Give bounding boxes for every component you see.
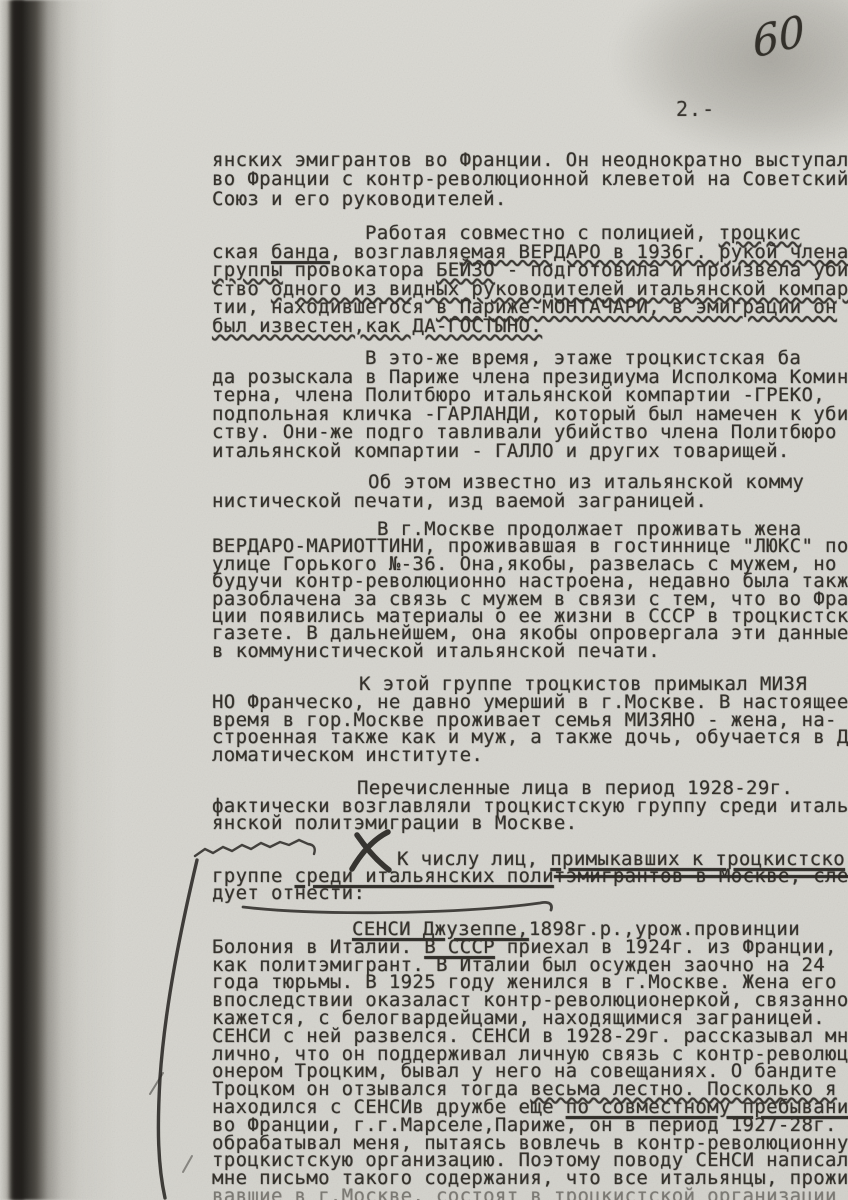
paragraph: К числу лиц, примыкавших к троцкистскогр…	[212, 851, 848, 902]
paragraph: янских эмигрантов во Франции. Он неоднок…	[212, 151, 848, 209]
text-line: в коммунистической итальянской печати.	[212, 643, 848, 660]
text-line: Союз и его руководителей.	[212, 190, 848, 209]
document-body-text: янских эмигрантов во Франции. Он неоднок…	[0, 0, 848, 1200]
text-line: вавшие в г.Москве, состоят в троцкистско…	[212, 1188, 848, 1200]
paragraph: В г.Москве продолжает проживать женаВЕРД…	[212, 521, 848, 660]
text-segment: в коммунистической итальянской печати.	[212, 640, 660, 662]
text-segment: нистической печати, изд ваемой загранице…	[212, 490, 707, 512]
text-segment: итальянской компартии - ГАЛЛО и других т…	[212, 440, 790, 462]
paragraph: СЕНСИ Джузеппе,1898г.р.,урож.провинцииБо…	[212, 921, 848, 1200]
text-segment: ломатическом институте.	[212, 744, 483, 766]
underlined-text-segment: был известен,как ДА-ГОСТЫНО.	[212, 315, 542, 337]
paragraph: Перечисленные лица в период 1928-29г.фак…	[212, 780, 848, 833]
text-segment: Союз и его руководителей.	[212, 188, 507, 210]
scanned-document-page: 60 2.- янских эмигрантов во Франции. Он …	[0, 0, 848, 1200]
text-line: итальянской компартии - ГАЛЛО и других т…	[212, 442, 848, 461]
text-line: нистической печати, изд ваемой загранице…	[212, 492, 848, 511]
paragraph: Об этом известно из итальянской коммунис…	[212, 473, 848, 510]
text-line: янской политэмиграции в Москве.	[212, 815, 848, 833]
text-line: дует отнести:	[212, 885, 848, 902]
text-segment: дует отнести:	[212, 882, 365, 904]
underlined-text-segment: вавшие в г.Москве, состоят в троцкистско…	[212, 1185, 837, 1200]
paragraph: К этой группе троцкистов примыкал МИЗЯНО…	[212, 676, 848, 765]
underlined-text-segment: тэмигрантов в Москве, сле-	[554, 865, 848, 887]
text-segment: янской политэмиграции в Москве.	[212, 812, 577, 834]
paragraph: В это-же время, этаже троцкистская бада …	[212, 349, 848, 461]
paragraph: Работая совместно с полицией, троцкисска…	[212, 224, 848, 336]
text-line: был известен,как ДА-ГОСТЫНО.	[212, 317, 848, 336]
text-line: ломатическом институте.	[212, 747, 848, 765]
